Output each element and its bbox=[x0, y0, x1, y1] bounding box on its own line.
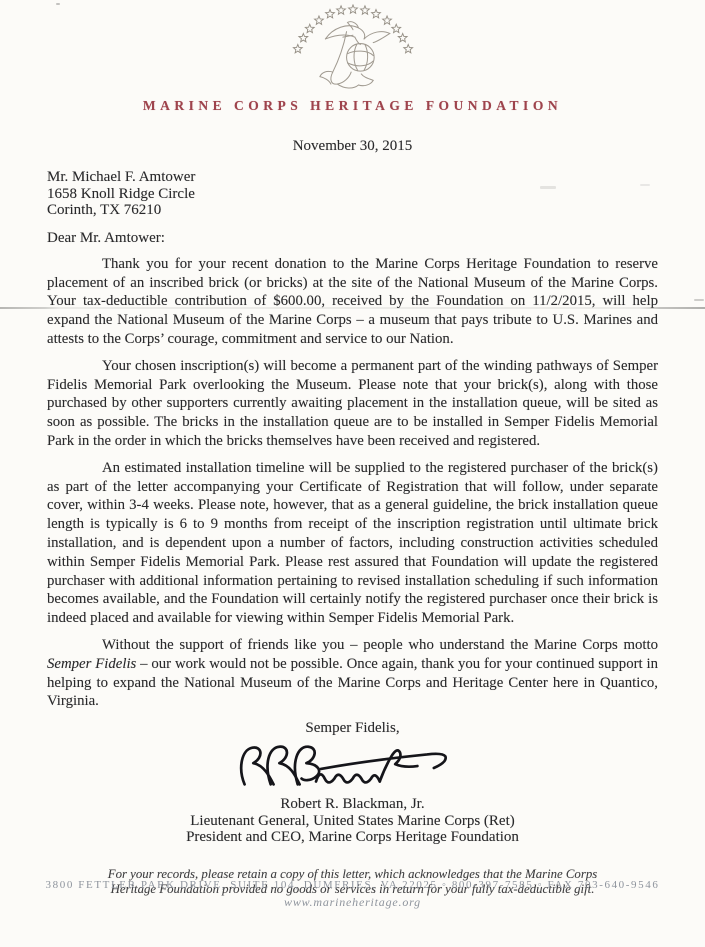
recipient-city-state-zip: Corinth, TX 76210 bbox=[47, 202, 705, 219]
paragraph-2: Your chosen inscription(s) will become a… bbox=[47, 357, 658, 451]
eagle-globe-anchor-lineart bbox=[319, 22, 389, 88]
letter-footer: 3800 FETTLER PARK DRIVE, SUITE 104, DUMF… bbox=[0, 879, 705, 910]
valediction: Semper Fidelis, bbox=[0, 720, 705, 737]
paragraph-4-text-cont: – our work would not be possible. Once a… bbox=[47, 656, 658, 710]
recipient-street: 1658 Knoll Ridge Circle bbox=[47, 186, 705, 203]
scan-speck bbox=[56, 3, 60, 5]
paragraph-4-text: Without the support of friends like you … bbox=[102, 637, 658, 653]
scan-crease-artifact bbox=[0, 307, 705, 309]
handwritten-signature-image bbox=[230, 739, 460, 795]
paragraph-1: Thank you for your recent donation to th… bbox=[47, 255, 658, 349]
scanned-letter-page: MARINE CORPS HERITAGE FOUNDATION Novembe… bbox=[0, 0, 705, 947]
footer-address: 3800 FETTLER PARK DRIVE, SUITE 104, DUMF… bbox=[0, 879, 705, 891]
letter-date: November 30, 2015 bbox=[0, 138, 705, 155]
letterhead: MARINE CORPS HERITAGE FOUNDATION bbox=[0, 0, 705, 114]
signer-title-role: President and CEO, Marine Corps Heritage… bbox=[0, 829, 705, 845]
motto-italic-text: Semper Fidelis bbox=[47, 656, 136, 672]
org-name: MARINE CORPS HERITAGE FOUNDATION bbox=[0, 98, 705, 114]
recipient-block: Mr. Michael F. Amtower 1658 Knoll Ridge … bbox=[47, 169, 705, 219]
scan-speck bbox=[640, 184, 650, 186]
recipient-name: Mr. Michael F. Amtower bbox=[47, 169, 705, 186]
paragraph-4: Without the support of friends like you … bbox=[47, 636, 658, 711]
paragraph-3: An estimated installation timeline will … bbox=[47, 459, 658, 628]
scan-speck bbox=[540, 186, 556, 189]
salutation: Dear Mr. Amtower: bbox=[47, 230, 705, 247]
footer-website: www.marineheritage.org bbox=[0, 895, 705, 910]
signer-name: Robert R. Blackman, Jr. bbox=[0, 796, 705, 812]
eagle-globe-anchor-emblem-icon bbox=[278, 4, 428, 96]
scan-speck bbox=[694, 299, 704, 301]
signer-block: Robert R. Blackman, Jr. Lieutenant Gener… bbox=[0, 796, 705, 845]
signer-title-rank: Lieutenant General, United States Marine… bbox=[0, 813, 705, 829]
